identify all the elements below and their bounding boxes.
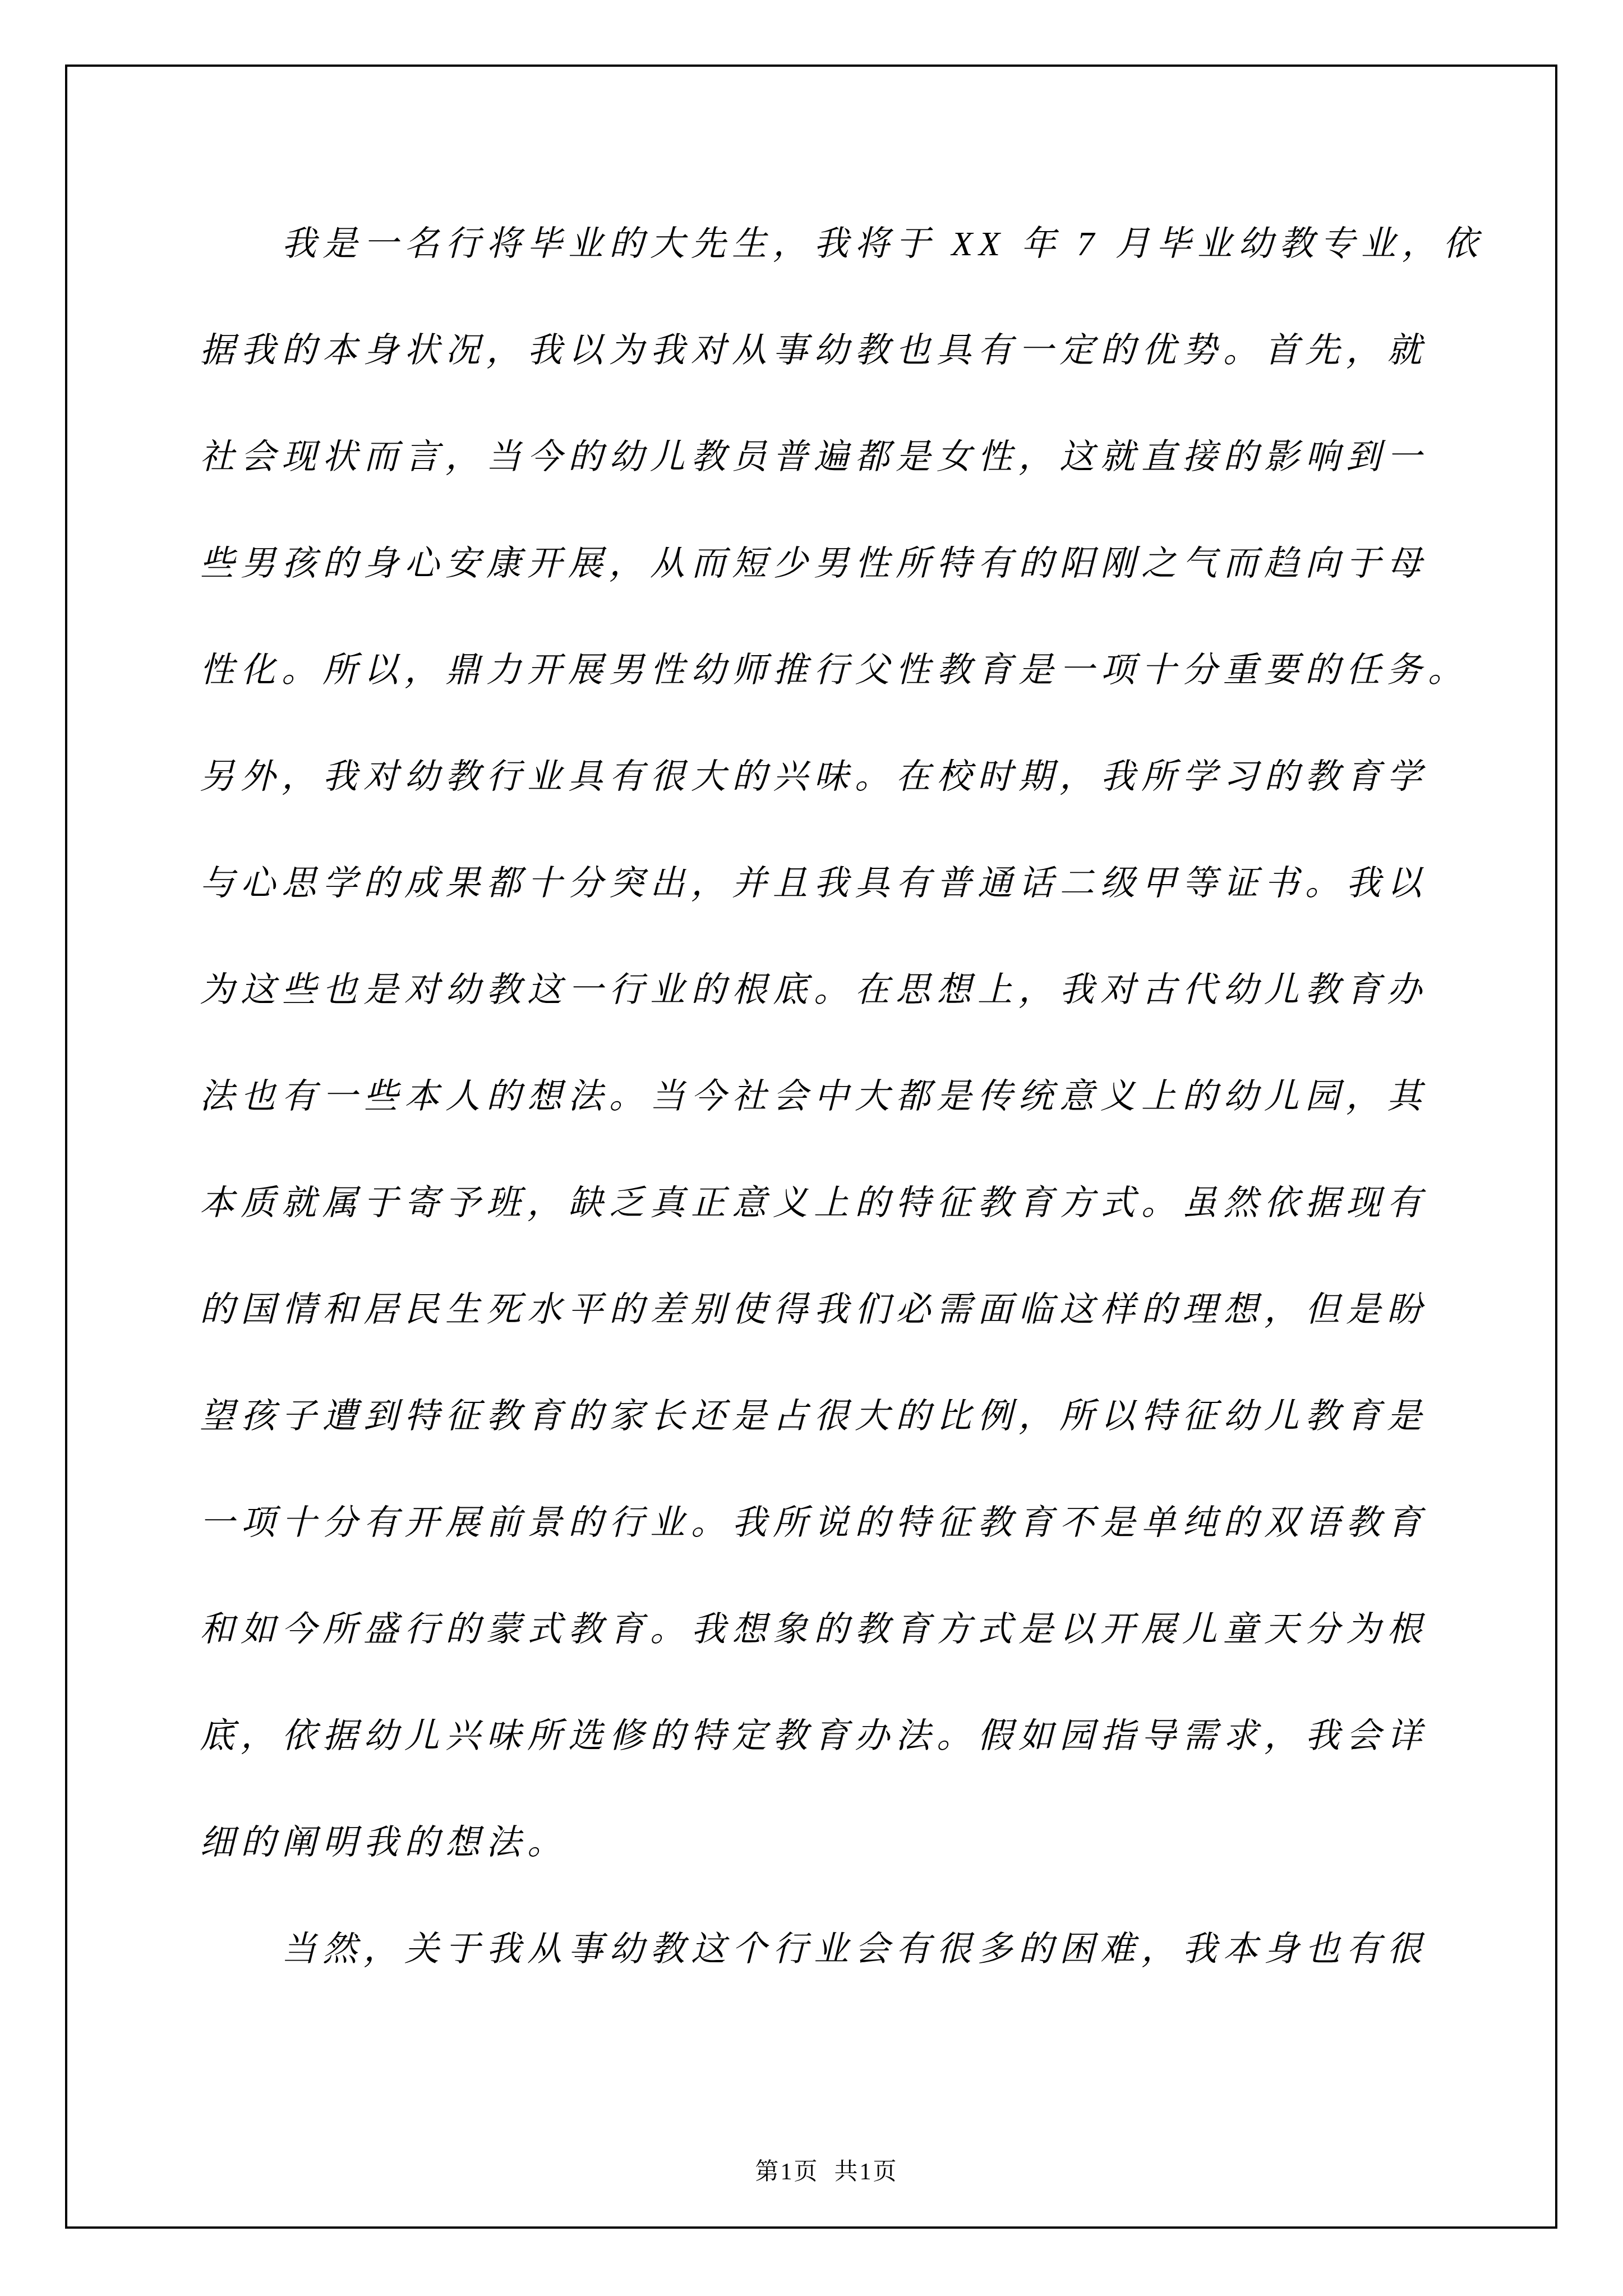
body-line: 些男孩的身心安康开展，从而短少男性所特有的阳刚之气而趋向于母 xyxy=(200,510,1428,617)
body-line: 本质就属于寄予班，缺乏真正意义上的特征教育方式。虽然依据现有 xyxy=(200,1150,1428,1257)
body-line: 与心思学的成果都十分突出，并且我具有普通话二级甲等证书。我以 xyxy=(200,830,1428,937)
body-line: 性化。所以，鼎力开展男性幼师推行父性教育是一项十分重要的任务。 xyxy=(200,617,1428,724)
body-line: 据我的本身状况，我以为我对从事幼教也具有一定的优势。首先，就 xyxy=(200,297,1428,404)
document-page: 我是一名行将毕业的大先生，我将于 XX 年 7 月毕业幼教专业，依据我的本身状况… xyxy=(0,0,1623,2296)
body-line: 另外，我对幼教行业具有很大的兴味。在校时期，我所学习的教育学 xyxy=(200,724,1428,830)
body-line: 底，依据幼儿兴味所选修的特定教育办法。假如园指导需求，我会详 xyxy=(200,1683,1428,1789)
page-number-label: 第1页 共1页 xyxy=(755,2159,898,2185)
document-body: 我是一名行将毕业的大先生，我将于 XX 年 7 月毕业幼教专业，依据我的本身状况… xyxy=(200,191,1428,2003)
body-line: 法也有一些本人的想法。当今社会中大都是传统意义上的幼儿园，其 xyxy=(200,1043,1428,1150)
body-line: 社会现状而言，当今的幼儿教员普遍都是女性，这就直接的影响到一 xyxy=(200,404,1428,510)
body-line: 望孩子遭到特征教育的家长还是占很大的比例，所以特征幼儿教育是 xyxy=(200,1363,1428,1470)
body-line: 细的阐明我的想法。 xyxy=(200,1789,1428,1896)
body-line: 当然，关于我从事幼教这个行业会有很多的困难，我本身也有很 xyxy=(200,1896,1428,2003)
body-line: 的国情和居民生死水平的差别使得我们必需面临这样的理想，但是盼 xyxy=(200,1257,1428,1363)
body-line: 我是一名行将毕业的大先生，我将于 XX 年 7 月毕业幼教专业，依 xyxy=(200,191,1428,297)
body-line: 为这些也是对幼教这一行业的根底。在思想上，我对古代幼儿教育办 xyxy=(200,937,1428,1043)
body-line: 和如今所盛行的蒙式教育。我想象的教育方式是以开展儿童天分为根 xyxy=(200,1576,1428,1683)
page-footer: 第1页 共1页 xyxy=(197,2125,1426,2219)
body-line: 一项十分有开展前景的行业。我所说的特征教育不是单纯的双语教育 xyxy=(200,1470,1428,1576)
